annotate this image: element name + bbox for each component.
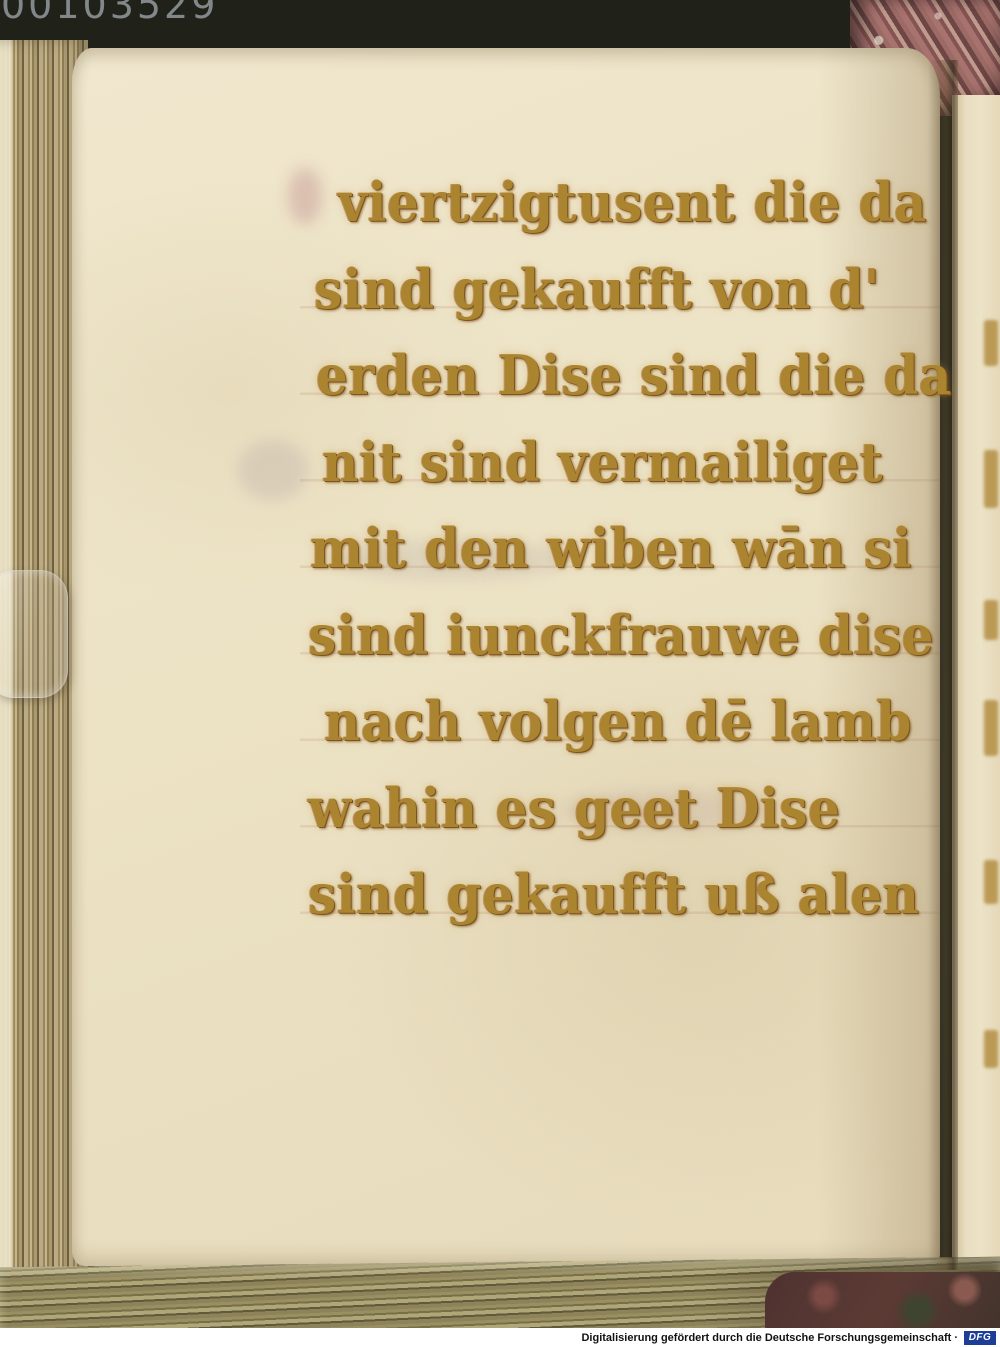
digitization-footer-bar: Digitalisierung gefördert durch die Deut…	[0, 1328, 1000, 1347]
manuscript-line: viertzigtusent die da	[308, 156, 952, 249]
manuscript-line: nach volgen dē lamb	[308, 675, 952, 768]
digitization-credit-text: Digitalisierung gefördert durch die Deut…	[581, 1332, 958, 1344]
facing-page-text-fragment	[984, 320, 998, 366]
facing-page-text-fragment	[984, 450, 998, 508]
manuscript-line: sind gekaufft uß alen	[308, 848, 952, 941]
manuscript-scan: 00103529 viertzigtusent die da sind geka…	[0, 0, 1000, 1347]
manuscript-line: wahin es geet Dise	[308, 762, 952, 855]
manuscript-line: mit den wiben wān si	[308, 502, 952, 595]
facing-page-text-fragment	[984, 1030, 998, 1068]
manuscript-text-block: viertzigtusent die da sind gekaufft von …	[308, 156, 952, 935]
manuscript-line: sind gekaufft von d'	[308, 243, 952, 336]
manuscript-line: nit sind vermailiget	[308, 416, 952, 509]
ink-bleed-smudge	[238, 440, 308, 500]
manuscript-line: erden Dise sind die da	[308, 329, 952, 422]
marbled-cover-corner	[765, 1272, 1000, 1332]
facing-page-text-fragment	[984, 860, 998, 904]
facing-page-edge	[952, 95, 1000, 1275]
dfg-logo: DFG	[964, 1331, 996, 1345]
transparent-page-weight	[0, 570, 68, 698]
watermark-id: 00103529	[1, 0, 218, 27]
facing-page-text-fragment	[984, 700, 998, 756]
manuscript-line: sind iunckfrauwe dise	[308, 589, 952, 682]
facing-page-text-fragment	[984, 600, 998, 640]
